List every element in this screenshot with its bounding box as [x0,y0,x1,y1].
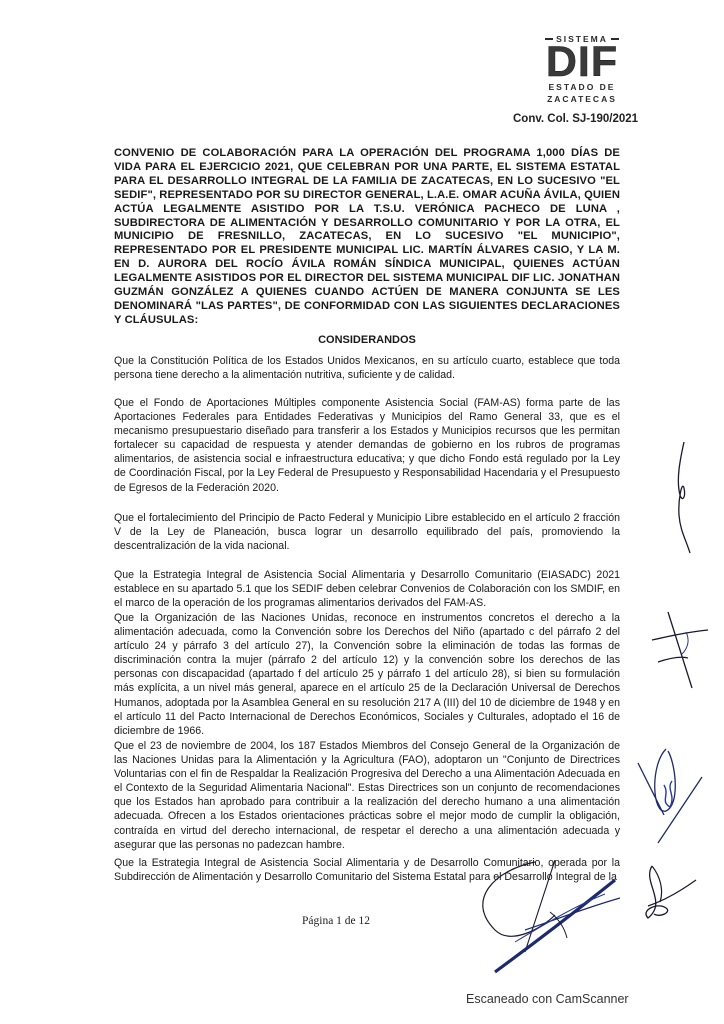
signature-initial-2 [650,610,710,690]
document-id: Conv. Col. SJ-190/2021 [513,113,638,125]
paragraph-6: Que el 23 de noviembre de 2004, los 187 … [114,739,620,852]
paragraph-2: Que el Fondo de Aportaciones Múltiples c… [114,396,620,495]
agreement-header: CONVENIO DE COLABORACIÓN PARA LA OPERACI… [114,147,620,328]
page-number: Página 1 de 12 [302,915,370,927]
signature-main [455,860,630,980]
signature-initial-3 [636,745,706,845]
logo-line1: ESTADO DE [537,82,627,92]
signature-initial-4 [638,862,698,922]
logo-line2: ZACATECAS [537,94,627,104]
signature-initial-1 [670,440,700,555]
paragraph-5: Que la Organización de las Naciones Unid… [114,611,620,738]
paragraph-3: Que el fortalecimiento del Principio de … [114,511,620,553]
paragraph-4: Que la Estrategia Integral de Asistencia… [114,568,620,610]
section-title: CONSIDERANDOS [114,334,620,346]
dif-logo: SISTEMA DIF ESTADO DE ZACATECAS [537,34,627,104]
paragraph-1: Que la Constitución Política de los Esta… [114,354,620,382]
logo-main: DIF [537,44,627,80]
scanner-watermark: Escaneado con CamScanner [466,992,629,1006]
